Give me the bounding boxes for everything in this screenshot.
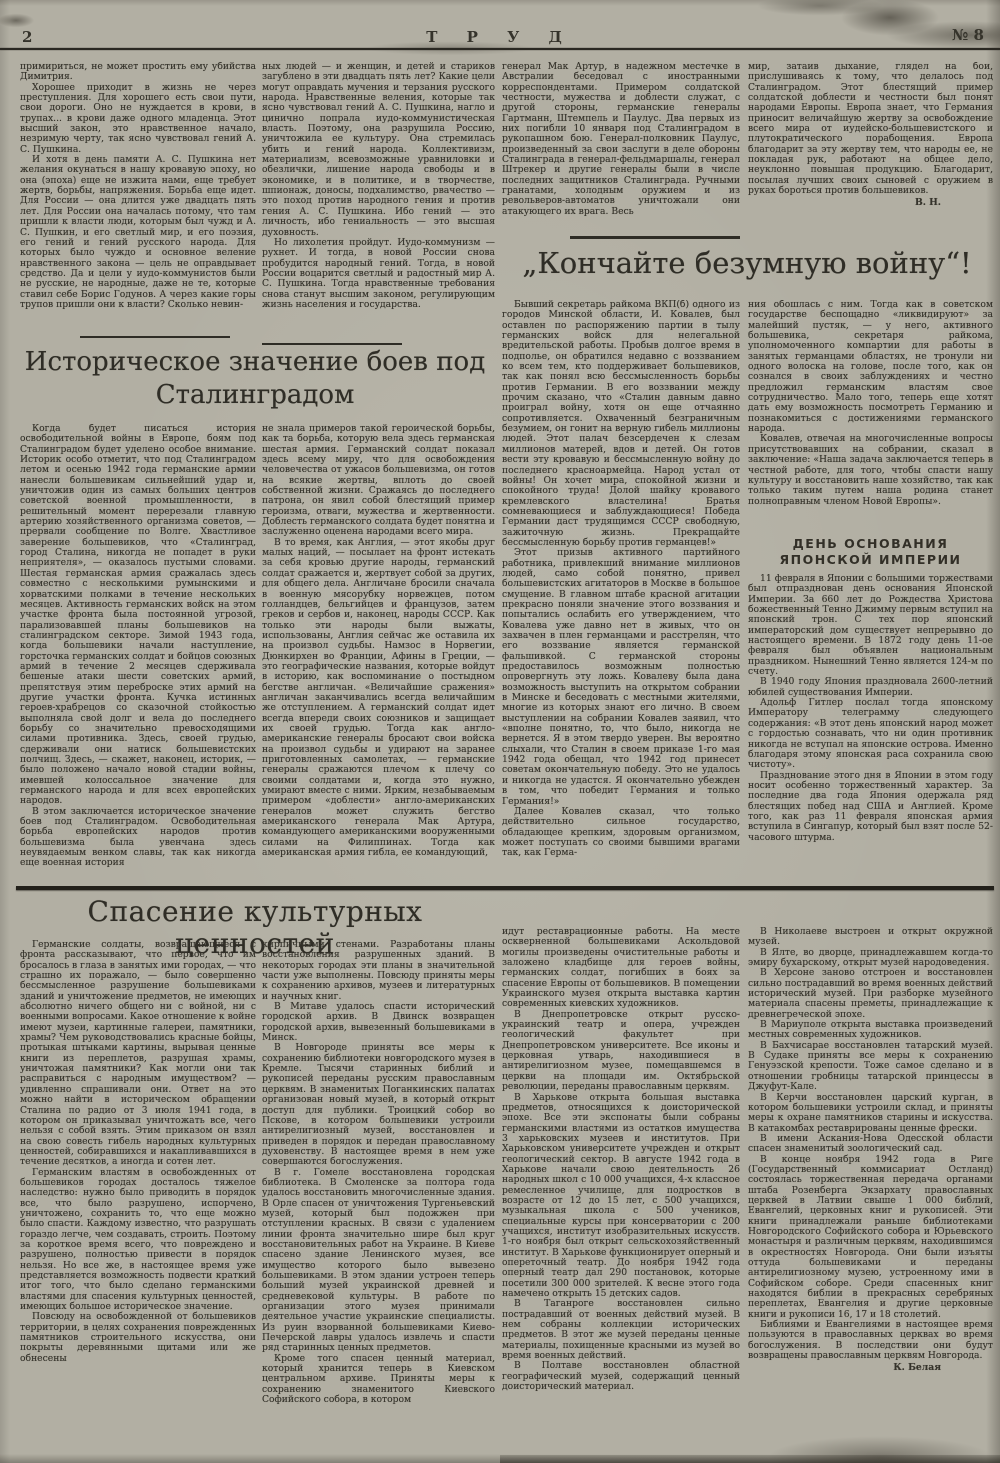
stalingrad-continuation-col-4: мир, затаив дыхание, глядел на бои, прис… (748, 62, 993, 226)
section-heavy-rule (16, 886, 994, 890)
paragraph: Бывший секретарь райкома ВКП(б) одного и… (502, 300, 740, 548)
paragraph: Адольф Гитлер послал тогда японскому Имп… (748, 698, 993, 770)
pushkin-article-col-1: примириться, не может простить ему убийс… (20, 62, 256, 334)
paragraph: генерал Мак Артур, в надежном местечке в… (502, 62, 740, 217)
paragraph: Этот призыв активного партийного работни… (502, 548, 740, 807)
paragraph: В Полтаве восстановлен областной географ… (502, 1361, 740, 1392)
paragraph: кирпичными стенами. Разработаны планы во… (262, 940, 495, 1002)
paragraph: ных людей — и женщин, и детей и стариков… (262, 62, 495, 238)
paragraph: И хотя в день памяти А. С. Пушкина нет ж… (20, 155, 256, 310)
paragraph: В Таганроге восстановлен сильно пострада… (502, 1299, 740, 1361)
page-edge-shadow (500, 1455, 1000, 1463)
konchaite-article-col-2: ния обошлась с ним. Тогда как в советско… (748, 300, 993, 526)
paragraph: Но лихолетия пройдут. Иудо-коммунизм — р… (262, 238, 495, 310)
article-end-divider (262, 343, 402, 345)
paragraph: В Мариуполе открыта выставка произведени… (748, 1020, 993, 1041)
paragraph: не знала примеров такой героической борь… (262, 424, 495, 538)
paragraph: В Харькове открыта большая выставка пред… (502, 1093, 740, 1300)
paragraph: В Херсоне заново отстроен и восстановлен… (748, 968, 993, 1020)
paragraph: В то время, как Англия, — этот якобы дру… (262, 538, 495, 859)
japan-section-headline: ДЕНЬ ОСНОВАНИЯ ЯПОНСКОЙ ИМПЕРИИ (748, 536, 993, 568)
stalingrad-article-col-1: Когда будет писаться история освободител… (20, 424, 256, 882)
paragraph: Хорошее приходит в жизнь не через престу… (20, 83, 256, 155)
paragraph: В имени Аскания-Нова Одесской области сп… (748, 1134, 993, 1155)
paragraph: Германские солдаты, возвращающиеся с фро… (20, 940, 256, 1168)
issue-number: № 8 (952, 26, 984, 44)
spasenie-article-col-1: Германские солдаты, возвращающиеся с фро… (20, 940, 256, 1454)
page-number: 2 (22, 28, 32, 46)
paragraph: примириться, не может простить ему убийс… (20, 62, 256, 83)
paragraph: В Днепропетровске открыт русско-украинск… (502, 1010, 740, 1093)
konchaite-headline: „Кончайте безумную войну“! (500, 246, 994, 280)
paragraph: В 1940 году Япония праздновала 2600-летн… (748, 677, 993, 698)
japan-article-body: 11 февраля в Японии с большими торжества… (748, 574, 993, 884)
paragraph: ния обошлась с ним. Тогда как в советско… (748, 300, 993, 434)
paragraph: Ковалев, отвечая на многочисленные вопро… (748, 434, 993, 506)
paragraph: Кроме того спасен ценный материал, котор… (262, 1354, 495, 1406)
paragraph: идут реставрационные работы. На месте ос… (502, 927, 740, 1010)
masthead-title: Т Р У Д (390, 28, 610, 46)
pushkin-article-col-2: ных людей — и женщин, и детей и стариков… (262, 62, 495, 340)
paragraph: Повсюду на освобожденной от большевиков … (20, 1312, 256, 1364)
stalingrad-continuation-col-3: генерал Мак Артур, в надежном местечке в… (502, 62, 740, 230)
stalingrad-headline: Историческое значение боев под Сталингра… (18, 346, 492, 412)
paragraph: В Новгороде приняты все меры к сохранени… (262, 1043, 495, 1167)
header-rule (0, 48, 1000, 50)
signature: К. Белая (748, 1363, 993, 1373)
signature: В. Н. (748, 198, 993, 208)
stalingrad-article-col-2: не знала примеров такой героической борь… (262, 424, 495, 882)
article-end-divider (80, 336, 230, 338)
paragraph: Празднование этого дня в Японии в этом г… (748, 771, 993, 843)
paragraph: мир, затаив дыхание, глядел на бои, прис… (748, 62, 993, 196)
article-end-divider (570, 236, 740, 239)
newspaper-page: 2 Т Р У Д № 8 примириться, не может прос… (0, 0, 1000, 1463)
spasenie-article-col-2: кирпичными стенами. Разработаны планы во… (262, 940, 495, 1454)
paragraph: В этом заключается историческое значение… (20, 807, 256, 869)
spasenie-article-col-3: идут реставрационные работы. На месте ос… (502, 927, 740, 1455)
paragraph: В Керчи восстановлен царский курган, в к… (748, 1093, 993, 1134)
paragraph: В Николаеве выстроен и открыт окружной м… (748, 927, 993, 948)
paragraph: В Ялте, во дворце, принадлежавшем когда-… (748, 948, 993, 969)
paragraph: В конце ноября 1942 года в Риге (Государ… (748, 1155, 993, 1321)
paragraph: Германским властям в освобожденных от бо… (20, 1168, 256, 1313)
paragraph: Когда будет писаться история освободител… (20, 424, 256, 807)
konchaite-article-col-1: Бывший секретарь райкома ВКП(б) одного и… (502, 300, 740, 882)
paragraph: В Митаве удалось спасти исторический гор… (262, 1002, 495, 1043)
spasenie-article-col-4: В Николаеве выстроен и открыт окружной м… (748, 927, 993, 1455)
paragraph: В Бахчисарае восстановлен татарский музе… (748, 1041, 993, 1093)
paragraph: Далее Ковалев сказал, что только действи… (502, 807, 740, 859)
paragraph: В г. Гомеле восстановлена городская библ… (262, 1168, 495, 1354)
paragraph: Библиями и Евангелиями в настоящее время… (748, 1320, 993, 1361)
paragraph: 11 февраля в Японии с большими торжества… (748, 574, 993, 677)
